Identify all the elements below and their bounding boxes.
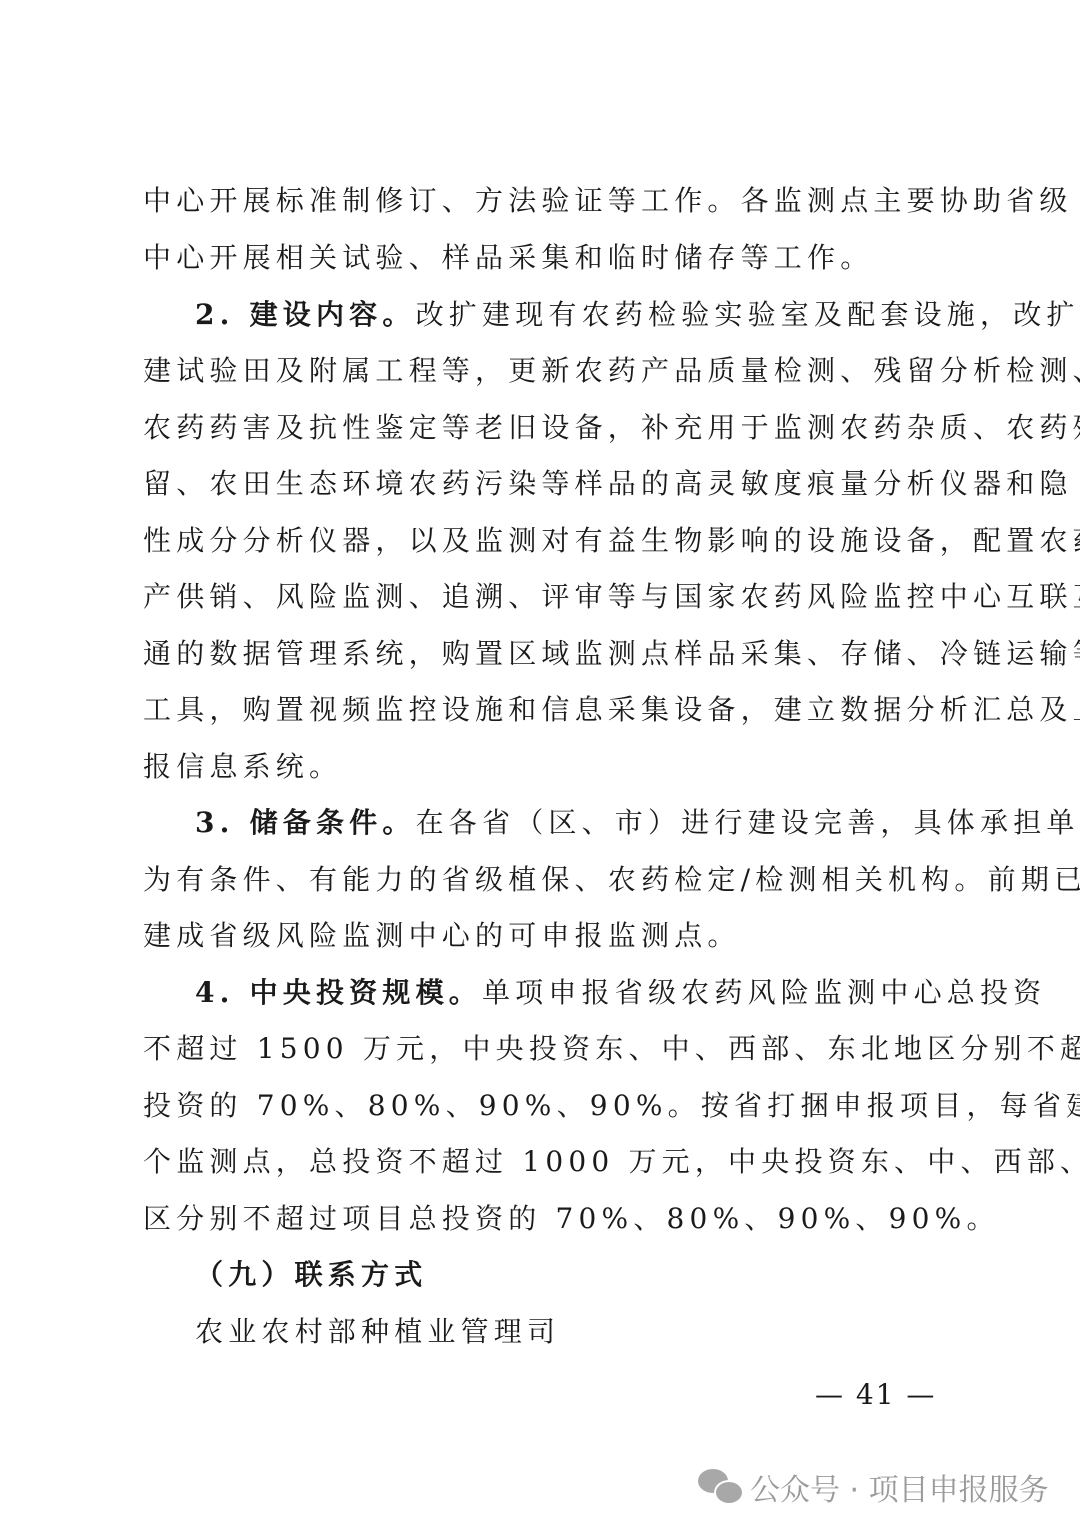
line-text: 农药药害及抗性鉴定等老旧设备，补充用于监测农药杂质、农药残 (143, 411, 1080, 444)
watermark-text: 公众号 · 项目申报服务 (750, 1465, 1049, 1509)
line-text: 报信息系统。 (143, 750, 342, 783)
line-text: 投资的 70%、80%、90%、90%。按省打捆申报项目，每省建设 10 (143, 1089, 1080, 1122)
line-text: 在各省（区、市）进行建设完善，具体承担单位 (416, 806, 1080, 839)
line-text: 性成分分析仪器，以及监测对有益生物影响的设施设备，配置农药 (143, 524, 1080, 557)
text-line: 中心开展相关试验、样品采集和临时储存等工作。 (143, 238, 943, 278)
line-text: 改扩建现有农药检验实验室及配套设施，改扩 (416, 298, 1080, 331)
line-text: 中心开展标准制修订、方法验证等工作。各监测点主要协助省级 (143, 184, 1073, 217)
text-line: 2. 建设内容。改扩建现有农药检验实验室及配套设施，改扩 (195, 295, 995, 335)
text-line: 中心开展标准制修订、方法验证等工作。各监测点主要协助省级 (143, 181, 943, 221)
line-text: 农业农村部种植业管理司 (195, 1315, 560, 1348)
page-number: — 41 — (815, 1378, 936, 1411)
text-line: 建试验田及附属工程等，更新农药产品质量检测、残留分析检测、 (143, 351, 943, 391)
text-line: 个监测点，总投资不超过 1000 万元，中央投资东、中、西部、东北地 (143, 1142, 943, 1182)
line-text: 留、农田生态环境农药污染等样品的高灵敏度痕量分析仪器和隐 (143, 467, 1073, 500)
line-text: 单项申报省级农药风险监测中心总投资 (482, 976, 1046, 1009)
line-text: 建试验田及附属工程等，更新农药产品质量检测、残留分析检测、 (143, 354, 1080, 387)
text-line: 性成分分析仪器，以及监测对有益生物影响的设施设备，配置农药 (143, 521, 943, 561)
text-line: 3. 储备条件。在各省（区、市）进行建设完善，具体承担单位 (195, 803, 995, 843)
line-text: 不超过 1500 万元，中央投资东、中、西部、东北地区分别不超过总 (143, 1032, 1080, 1065)
text-line: 投资的 70%、80%、90%、90%。按省打捆申报项目，每省建设 10 (143, 1086, 943, 1126)
line-text: 产供销、风险监测、追溯、评审等与国家农药风险监控中心互联互 (143, 580, 1080, 613)
text-line: 为有条件、有能力的省级植保、农药检定/检测相关机构。前期已 (143, 860, 943, 900)
text-line: 通的数据管理系统，购置区域监测点样品采集、存储、冷链运输等 (143, 634, 943, 674)
line-text: 区分别不超过项目总投资的 70%、80%、90%、90%。 (143, 1202, 1000, 1235)
text-line: 农药药害及抗性鉴定等老旧设备，补充用于监测农药杂质、农药残 (143, 408, 943, 448)
watermark: 公众号 · 项目申报服务 (698, 1465, 1049, 1509)
wechat-icon (698, 1469, 742, 1505)
section-heading: 3. 储备条件。 (195, 806, 416, 839)
section-heading: 2. 建设内容。 (195, 298, 416, 331)
line-text: 中心开展相关试验、样品采集和临时储存等工作。 (143, 241, 873, 274)
line-text: 建成省级风险监测中心的可申报监测点。 (143, 919, 741, 952)
text-line: 不超过 1500 万元，中央投资东、中、西部、东北地区分别不超过总 (143, 1029, 943, 1069)
text-line: 建成省级风险监测中心的可申报监测点。 (143, 916, 943, 956)
section-heading: （九）联系方式 (195, 1258, 427, 1291)
line-text: 工具，购置视频监控设施和信息采集设备，建立数据分析汇总及上 (143, 693, 1080, 726)
text-line: 4. 中央投资规模。单项申报省级农药风险监测中心总投资 (195, 973, 995, 1013)
text-line: 产供销、风险监测、追溯、评审等与国家农药风险监控中心互联互 (143, 577, 943, 617)
line-text: 个监测点，总投资不超过 1000 万元，中央投资东、中、西部、东北地 (143, 1145, 1080, 1178)
text-line: 报信息系统。 (143, 747, 943, 787)
text-line: 留、农田生态环境农药污染等样品的高灵敏度痕量分析仪器和隐 (143, 464, 943, 504)
line-text: 通的数据管理系统，购置区域监测点样品采集、存储、冷链运输等 (143, 637, 1080, 670)
text-line: （九）联系方式 (195, 1255, 995, 1295)
text-line: 区分别不超过项目总投资的 70%、80%、90%、90%。 (143, 1199, 943, 1239)
section-heading: 4. 中央投资规模。 (195, 976, 482, 1009)
text-line: 农业农村部种植业管理司 (195, 1312, 995, 1352)
line-text: 为有条件、有能力的省级植保、农药检定/检测相关机构。前期已 (143, 863, 1080, 896)
text-line: 工具，购置视频监控设施和信息采集设备，建立数据分析汇总及上 (143, 690, 943, 730)
